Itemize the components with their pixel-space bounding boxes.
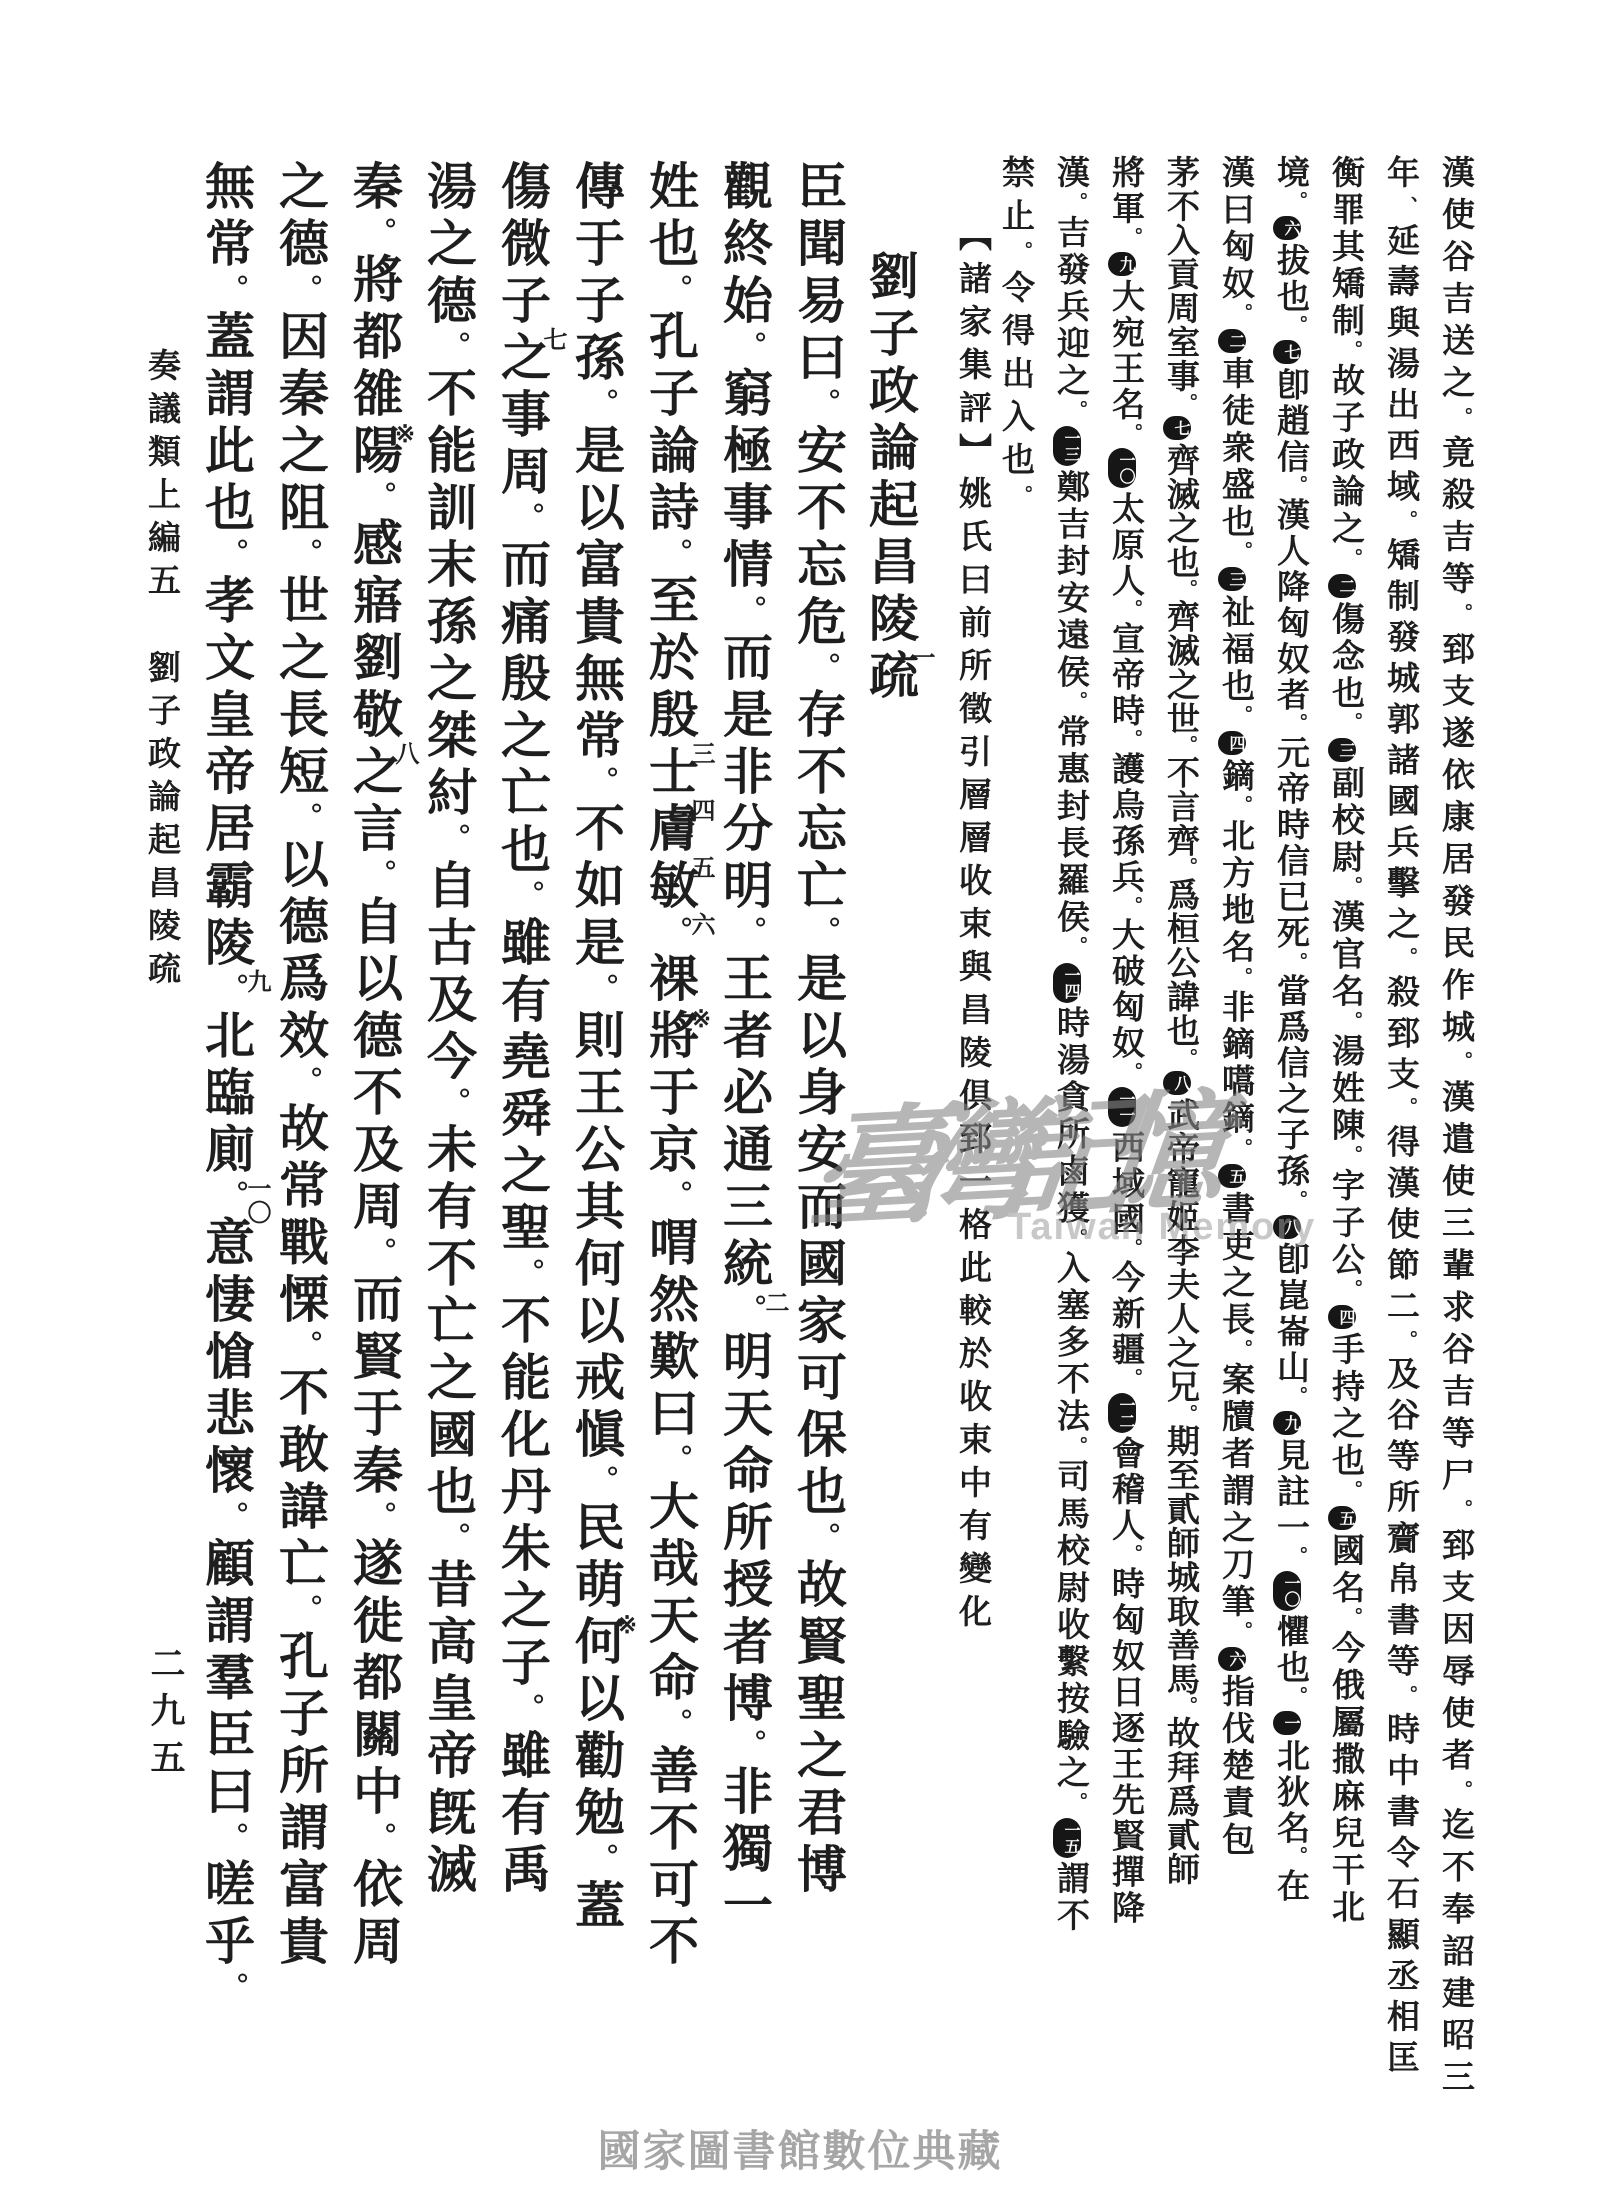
punctuation: 。 bbox=[735, 1294, 764, 1330]
punctuation: 。 bbox=[735, 916, 764, 952]
main-text-column-5: 傷微子七之事周。而痛殷之亡也。雖有堯舜之聖。不能化丹朱之子。雖有禹 bbox=[497, 160, 547, 1900]
punctuation: 。 bbox=[1342, 876, 1361, 899]
punctuation: 。 bbox=[1122, 423, 1141, 445]
punctuation: 。 bbox=[1177, 735, 1196, 755]
punctuation: 。 bbox=[217, 1180, 246, 1216]
punctuation: 。 bbox=[365, 859, 394, 895]
punctuation: 。 bbox=[1397, 1097, 1416, 1124]
note-number-badge: 九 bbox=[1273, 1411, 1301, 1435]
punctuation: 。 bbox=[1452, 1051, 1471, 1079]
note-number-badge: 四 bbox=[1328, 1305, 1356, 1329]
annotation-column-3: 衡罪其矯制。故子政論之。二傷念也。三副校尉。漢官名。湯姓陳。字子公。四手持之也。… bbox=[1328, 155, 1361, 1926]
punctuation: 。 bbox=[217, 1822, 246, 1858]
punctuation: 。 bbox=[587, 1465, 616, 1501]
punctuation: 。 bbox=[1122, 1544, 1141, 1566]
punctuation: 。 bbox=[1287, 1846, 1306, 1868]
punctuation: 。 bbox=[291, 538, 320, 574]
punctuation: 。 bbox=[439, 331, 468, 367]
punctuation: 。 bbox=[513, 1258, 542, 1294]
punctuation: 。 bbox=[1287, 1190, 1306, 1212]
punctuation: 。 bbox=[217, 1972, 246, 2008]
punctuation: 。 bbox=[661, 538, 690, 574]
annotation-column-4: 境。六拔也。七卽趙信。漢人降匈奴者。元帝時信已死。當爲信之子孫。八卽崑崙山。九見… bbox=[1273, 155, 1306, 1904]
punctuation: 。 bbox=[217, 1501, 246, 1537]
punctuation: 。 bbox=[1232, 1138, 1251, 1161]
punctuation: 。 bbox=[1342, 548, 1361, 571]
punctuation: 。 bbox=[1452, 1780, 1471, 1808]
note-number-badge: 一三 bbox=[1053, 426, 1081, 466]
punctuation: 。 bbox=[1342, 340, 1361, 363]
punctuation: 。 bbox=[587, 388, 616, 424]
note-number-badge: 三 bbox=[1328, 738, 1356, 762]
note-number-badge: 五 bbox=[1328, 1506, 1356, 1530]
punctuation: 。 bbox=[587, 766, 616, 802]
punctuation: 。 bbox=[1067, 192, 1086, 215]
punctuation: 。 bbox=[513, 502, 542, 538]
punctuation: 。 bbox=[365, 1237, 394, 1273]
punctuation: 。 bbox=[1452, 407, 1471, 435]
punctuation: 。 bbox=[1177, 1696, 1196, 1716]
punctuation: 。 bbox=[1122, 1238, 1141, 1260]
punctuation: 。 bbox=[217, 973, 246, 1009]
note-number-badge: 二 bbox=[1218, 329, 1246, 353]
punctuation: 。 bbox=[1287, 952, 1306, 974]
main-text-column-2: 觀終始。窮極事情。而是非分明。王者必通三統二。明天命所授者博。非獨一 bbox=[719, 160, 769, 1936]
punctuation: 。 bbox=[291, 1066, 320, 1102]
punctuation: 。 bbox=[1287, 1546, 1306, 1568]
page-number: 二九五 bbox=[148, 1645, 183, 1786]
punctuation: 。 bbox=[1232, 1339, 1251, 1362]
punctuation: 。 bbox=[291, 1594, 320, 1630]
scanned-book-page: 漢使谷吉送之。竟殺吉等。郅支遂依康居發民作城。漢遣使三輩求谷吉等尸。郅支因辱使者… bbox=[0, 0, 1600, 2200]
punctuation: 。 bbox=[217, 538, 246, 574]
punctuation: 。 bbox=[1342, 1279, 1361, 1302]
punctuation: 。 bbox=[661, 916, 690, 952]
note-number-badge: 三 bbox=[1218, 567, 1246, 591]
essay-title-column: 劉子政論起昌陵一疏 bbox=[865, 250, 915, 706]
punctuation: 。 bbox=[1397, 947, 1416, 974]
collected-comments-column: 【諸家集評】姚氏曰前所徵引層層收束與昌陵倶郅一格此較於收束中有變化 bbox=[955, 218, 988, 1637]
punctuation: 。 bbox=[217, 274, 246, 310]
punctuation: 。 bbox=[587, 1843, 616, 1879]
punctuation: 。 bbox=[1122, 599, 1141, 621]
punctuation: 。 bbox=[291, 802, 320, 838]
punctuation: 。 bbox=[1287, 475, 1306, 497]
punctuation: 。 bbox=[365, 1501, 394, 1537]
punctuation: 。 bbox=[1232, 541, 1251, 564]
punctuation: 。 bbox=[1452, 1499, 1471, 1527]
punctuation: 。 bbox=[1287, 191, 1306, 213]
punctuation: 。 bbox=[809, 388, 838, 424]
punctuation: 。 bbox=[1287, 315, 1306, 337]
punctuation: 。 bbox=[1177, 857, 1196, 877]
punctuation: 。 bbox=[1177, 579, 1196, 599]
punctuation: 。 bbox=[735, 595, 764, 631]
punctuation: 。 bbox=[809, 916, 838, 952]
punctuation: 。 bbox=[1342, 1011, 1361, 1034]
punctuation: 。 bbox=[1012, 241, 1031, 270]
note-number-badge: 一二 bbox=[1108, 1393, 1136, 1433]
punctuation: 。 bbox=[1177, 1404, 1196, 1424]
punctuation: 。 bbox=[1287, 713, 1306, 735]
punctuation: 。 bbox=[1287, 1686, 1306, 1708]
punctuation: 。 bbox=[661, 1180, 690, 1216]
note-number-badge: 一一 bbox=[1108, 1087, 1136, 1127]
note-number-badge: 一〇 bbox=[1273, 1571, 1301, 1611]
punctuation: 。 bbox=[1177, 1048, 1196, 1068]
punctuation: 。 bbox=[661, 1708, 690, 1744]
punctuation: 。 bbox=[513, 880, 542, 916]
punctuation: 。 bbox=[1342, 1145, 1361, 1168]
main-text-column-9: 無常。蓋謂此也。孝文皇帝居霸陵九。北臨廁一〇。意悽愴悲懷。顧謂羣臣曰。嗟乎。 bbox=[201, 160, 251, 2008]
annotation-column-6: 茅不入貢周室事。七齊滅之也。齊滅之世。不言齊。爲桓公諱也。八武帝寵姬李夫人之兄。… bbox=[1163, 155, 1196, 1886]
annotation-column-5: 漢曰匈奴。二車徒衆盛也。三祉福也。四鏑。北方地名。非鏑嚆鏑。五書吏之長。案牘者謂… bbox=[1218, 155, 1251, 1859]
punctuation: 。 bbox=[735, 1729, 764, 1765]
punctuation: 。 bbox=[1397, 1685, 1416, 1712]
main-text-column-4: 傳于子孫。是以富貴無常。不如是。則王公其何以戒愼。民萌※何以勸勉。蓋 bbox=[571, 160, 621, 1936]
main-text-column-1: 臣聞易曰。安不忘危。存不忘亡。是以身安而國家可保也。故賢聖之君博 bbox=[793, 160, 843, 1900]
punctuation: 。 bbox=[1342, 712, 1361, 735]
punctuation: 。 bbox=[1122, 227, 1141, 249]
note-number-badge: 六 bbox=[1273, 216, 1301, 240]
punctuation: 。 bbox=[1067, 1436, 1086, 1459]
punctuation: 。 bbox=[1067, 936, 1086, 959]
punctuation: 。 bbox=[1122, 729, 1141, 751]
main-text-column-8: 之德。因秦之阻。世之長短。以德爲效。故常戰慄。不敢諱亡。孔子所謂富貴 bbox=[275, 160, 325, 1972]
punctuation: 。 bbox=[1177, 393, 1196, 413]
punctuation: 。 bbox=[439, 823, 468, 859]
note-number-badge: 九 bbox=[1108, 252, 1136, 276]
note-number-badge: 四 bbox=[1218, 731, 1246, 755]
punctuation: 。 bbox=[1232, 1621, 1251, 1644]
punctuation: 。 bbox=[1342, 1607, 1361, 1630]
punctuation: 。 bbox=[1232, 795, 1251, 818]
punctuation: 。 bbox=[1397, 510, 1416, 537]
note-number-badge: 七 bbox=[1273, 340, 1301, 364]
margin-running-title: 劉子政論起昌陵疏 bbox=[144, 650, 177, 994]
note-number-badge: 八 bbox=[1163, 1071, 1191, 1095]
main-text-column-7: 秦。將都雒※陽。感寤劉敬八之言。自以德不及周。而賢于秦。遂徙都關中。依周 bbox=[349, 160, 399, 1972]
note-number-badge: 七 bbox=[1163, 416, 1191, 440]
note-number-badge: 八 bbox=[1273, 1215, 1301, 1239]
punctuation: 。 bbox=[1232, 705, 1251, 728]
annotation-column-8: 漢。吉發兵迎之。一三鄭吉封安遠侯。常惠封長羅侯。一四時湯貪所鹵獲。入塞多不法。司… bbox=[1053, 155, 1086, 1935]
punctuation: 。 bbox=[1122, 1368, 1141, 1390]
annotation-column-2: 年、延壽與湯出西域。矯制發城郭諸國兵擊之。殺郅支。得漢使節二。及谷等所齎帛書等。… bbox=[1383, 155, 1416, 2081]
punctuation: 。 bbox=[365, 481, 394, 517]
annotation-column-9: 禁止。令得出入也。 bbox=[998, 155, 1031, 514]
annotation-column-7: 將軍。九大宛王名。一〇太原人。宣帝時。護烏孫兵。大破匈奴。一一西域國。今新疆。一… bbox=[1108, 155, 1141, 1926]
punctuation: 。 bbox=[1067, 1792, 1086, 1815]
punctuation: 。 bbox=[1012, 485, 1031, 514]
punctuation: 。 bbox=[809, 652, 838, 688]
punctuation: 。 bbox=[439, 1522, 468, 1558]
punctuation: 。 bbox=[587, 973, 616, 1009]
punctuation: 。 bbox=[291, 1330, 320, 1366]
punctuation: 。 bbox=[1122, 1062, 1141, 1084]
note-number-badge: 五 bbox=[1218, 1164, 1246, 1188]
punctuation: 。 bbox=[1232, 967, 1251, 990]
punctuation: 。 bbox=[661, 274, 690, 310]
punctuation: 。 bbox=[1067, 1228, 1086, 1251]
note-number-badge: 一〇 bbox=[1108, 448, 1136, 488]
punctuation: 。 bbox=[291, 274, 320, 310]
punctuation: 。 bbox=[735, 331, 764, 367]
main-text-column-6: 湯之德。不能訓末孫之桀紂。自古及今。未有不亡之國也。昔高皇帝旣滅 bbox=[423, 160, 473, 1900]
punctuation: 。 bbox=[513, 1693, 542, 1729]
punctuation: 。 bbox=[1232, 303, 1251, 326]
punctuation: 。 bbox=[809, 1522, 838, 1558]
punctuation: 。 bbox=[365, 217, 394, 253]
punctuation: 。 bbox=[1342, 1480, 1361, 1503]
punctuation: 。 bbox=[661, 1444, 690, 1480]
punctuation: 。 bbox=[365, 1822, 394, 1858]
note-number-badge: 一五 bbox=[1053, 1818, 1081, 1858]
note-number-badge: 一四 bbox=[1053, 963, 1081, 1003]
annotation-column-1: 漢使谷吉送之。竟殺吉等。郅支遂依康居發民作城。漢遣使三輩求谷吉等尸。郅支因辱使者… bbox=[1438, 155, 1471, 2102]
note-number-badge: 二 bbox=[1328, 574, 1356, 598]
margin-section-header: 奏議類上編五 bbox=[144, 348, 177, 606]
punctuation: 。 bbox=[1067, 691, 1086, 714]
punctuation: 。 bbox=[1287, 1386, 1306, 1408]
punctuation: 。 bbox=[1067, 400, 1086, 423]
punctuation: 。 bbox=[1452, 603, 1471, 631]
punctuation: 。 bbox=[1122, 896, 1141, 918]
main-text-column-3: 姓也。孔子論詩。至於殷三士四膚五敏六。祼※將于京。喟然歎曰。大哉天命。善不可不 bbox=[645, 160, 695, 1972]
punctuation: 。 bbox=[439, 1087, 468, 1123]
note-number-badge: 六 bbox=[1218, 1647, 1246, 1671]
punctuation: 、 bbox=[1397, 196, 1416, 223]
footer-archive-label: 國家圖書館數位典藏 bbox=[598, 2118, 1003, 2179]
punctuation: 。 bbox=[1397, 1330, 1416, 1357]
note-number-badge: 一 bbox=[1273, 1711, 1301, 1735]
